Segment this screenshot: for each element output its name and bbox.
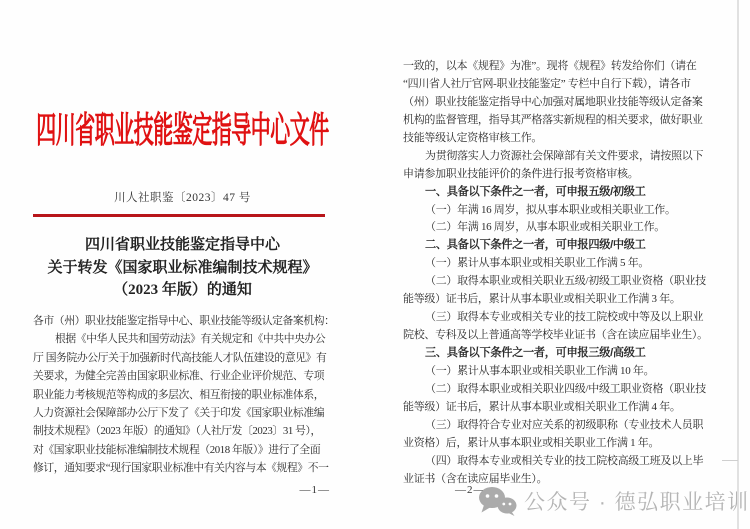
body-text-line: “四川省人社厅官网-职业技能鉴定” 专栏中自行下载），请各市 [403, 76, 722, 94]
body-text-line: （州）职业技能鉴定指导中心加强对属地职业技能等级认定备案 [403, 94, 722, 112]
body-text-line: 根据《中华人民共和国劳动法》有关规定和《中共中央办公 [33, 330, 332, 348]
page-2-body-text: 一致的，以本《规程》为准”。现将《规程》转发给你们（请在 “四川省人社厅官网-职… [403, 58, 722, 489]
document-title-line: （2023 年版）的通知 [23, 279, 342, 302]
body-text-line: 能等级）证书后，累计从事本职业或相关职业工作满 4 年。 [403, 399, 722, 417]
body-text-line: （一）累计从事本职业或相关职业工作满 5 年。 [403, 255, 722, 273]
body-text-line: （四）取得本专业或相关专业的技工院校高级工班及以上毕 [403, 453, 722, 471]
document-title: 四川省职业技能鉴定指导中心 关于转发《国家职业标准编制技术规程》 （2023 年… [23, 234, 342, 302]
body-text-line: （一）年满 16 周岁，拟从事本职业或相关职业工作。 [403, 202, 722, 220]
body-text-line: 各市（州）职业技能鉴定指导中心、职业技能等级认定备案机构： [33, 312, 332, 330]
document-page-2: 一致的，以本《规程》为准”。现将《规程》转发给你们（请在 “四川省人社厅官网-职… [403, 0, 722, 529]
body-text-line: （二）取得本职业或相关职业四级/中级工职业资格（职业技 [403, 381, 722, 399]
body-text-line: 机构的监督管理，指导其严格落实新规程的相关要求，做好职业 [403, 112, 722, 130]
scan-edge-line [737, 0, 739, 529]
body-text-line: （一）累计从事本职业或相关职业工作满 10 年。 [403, 363, 722, 381]
body-text-line: 对《国家职业技能标准编制技术规程（2018 年版）》进行了全面 [33, 441, 332, 459]
scan-edge-dash [722, 460, 738, 461]
body-text-line: （三）取得符合专业对应关系的初级职称（专业技术人员职 [403, 417, 722, 435]
body-text-line: （三）取得本专业或相关专业的技工院校或中等及以上职业 [403, 309, 722, 327]
body-text-line: （二）年满 16 周岁，从事本职业或相关职业工作。 [403, 219, 722, 237]
body-text-line: 修订，通知要求“现行国家职业标准中有关内容与本《规程》不一 [33, 459, 332, 477]
body-text-line: 人力资源社会保障部办公厅下发了《关于印发《国家职业标准编 [33, 404, 332, 422]
document-title-line: 关于转发《国家职业标准编制技术规程》 [23, 257, 342, 280]
body-text-line: 职业能力考核规范等构成的多层次、相互衔接的职业标准体系， [33, 386, 332, 404]
body-text-line: 院校、专科及以上普通高等学校毕业证书（含在读应届毕业生）。 [403, 327, 722, 345]
body-text-line: 二、具备以下条件之一者，可申报四级/中级工 [403, 237, 722, 255]
document-title-line: 四川省职业技能鉴定指导中心 [23, 234, 342, 257]
body-text-line: （二）取得本职业或相关职业五级/初级工职业资格（职业技 [403, 273, 722, 291]
document-number: 川人社职鉴〔2023〕47 号 [33, 189, 332, 205]
body-text-line: 一、具备以下条件之一者，可申报五级/初级工 [403, 184, 722, 202]
watermark-text: 公众号 · 德弘职业培训 [524, 486, 750, 516]
body-text-line: 三、具备以下条件之一者，可申报三级/高级工 [403, 345, 722, 363]
wechat-account-watermark: 公众号 · 德弘职业培训 [477, 486, 750, 516]
red-masthead-title: 四川省职业技能鉴定指导中心文件 [23, 113, 342, 149]
red-divider-rule [33, 214, 325, 217]
body-text-line: 关要求，为健全完善由国家职业标准、行业企业评价规范、专项 [33, 367, 332, 385]
body-text-line: 一致的，以本《规程》为准”。现将《规程》转发给你们（请在 [403, 58, 722, 76]
body-text-line: 业资格）后，累计从事本职业或相关职业工作满 1 年。 [403, 435, 722, 453]
body-text-line: 申请参加职业技能评价的条件进行报考资格审核。 [403, 166, 722, 184]
body-text-line: 技能等级认定资格审核工作。 [403, 130, 722, 148]
document-page-1: 四川省职业技能鉴定指导中心文件 川人社职鉴〔2023〕47 号 四川省职业技能鉴… [33, 0, 332, 529]
body-text-line: 能等级）证书后，累计从事本职业或相关职业工作满 3 年。 [403, 291, 722, 309]
body-text-line: 厅 国务院办公厅关于加强新时代高技能人才队伍建设的意见》有 [33, 349, 332, 367]
wechat-icon [477, 486, 517, 516]
page-number-1: —1— [300, 484, 331, 496]
page-1-body-text: 各市（州）职业技能鉴定指导中心、职业技能等级认定备案机构： 根据《中华人民共和国… [33, 312, 332, 478]
scanned-document-sheet: 四川省职业技能鉴定指导中心文件 川人社职鉴〔2023〕47 号 四川省职业技能鉴… [0, 0, 750, 529]
body-text-line: 为贯彻落实人力资源社会保障部有关文件要求，请按照以下 [403, 148, 722, 166]
body-text-line: 制技术规程》（2023 年版）的通知》（人社厅发〔2023〕31 号）， [33, 422, 332, 440]
